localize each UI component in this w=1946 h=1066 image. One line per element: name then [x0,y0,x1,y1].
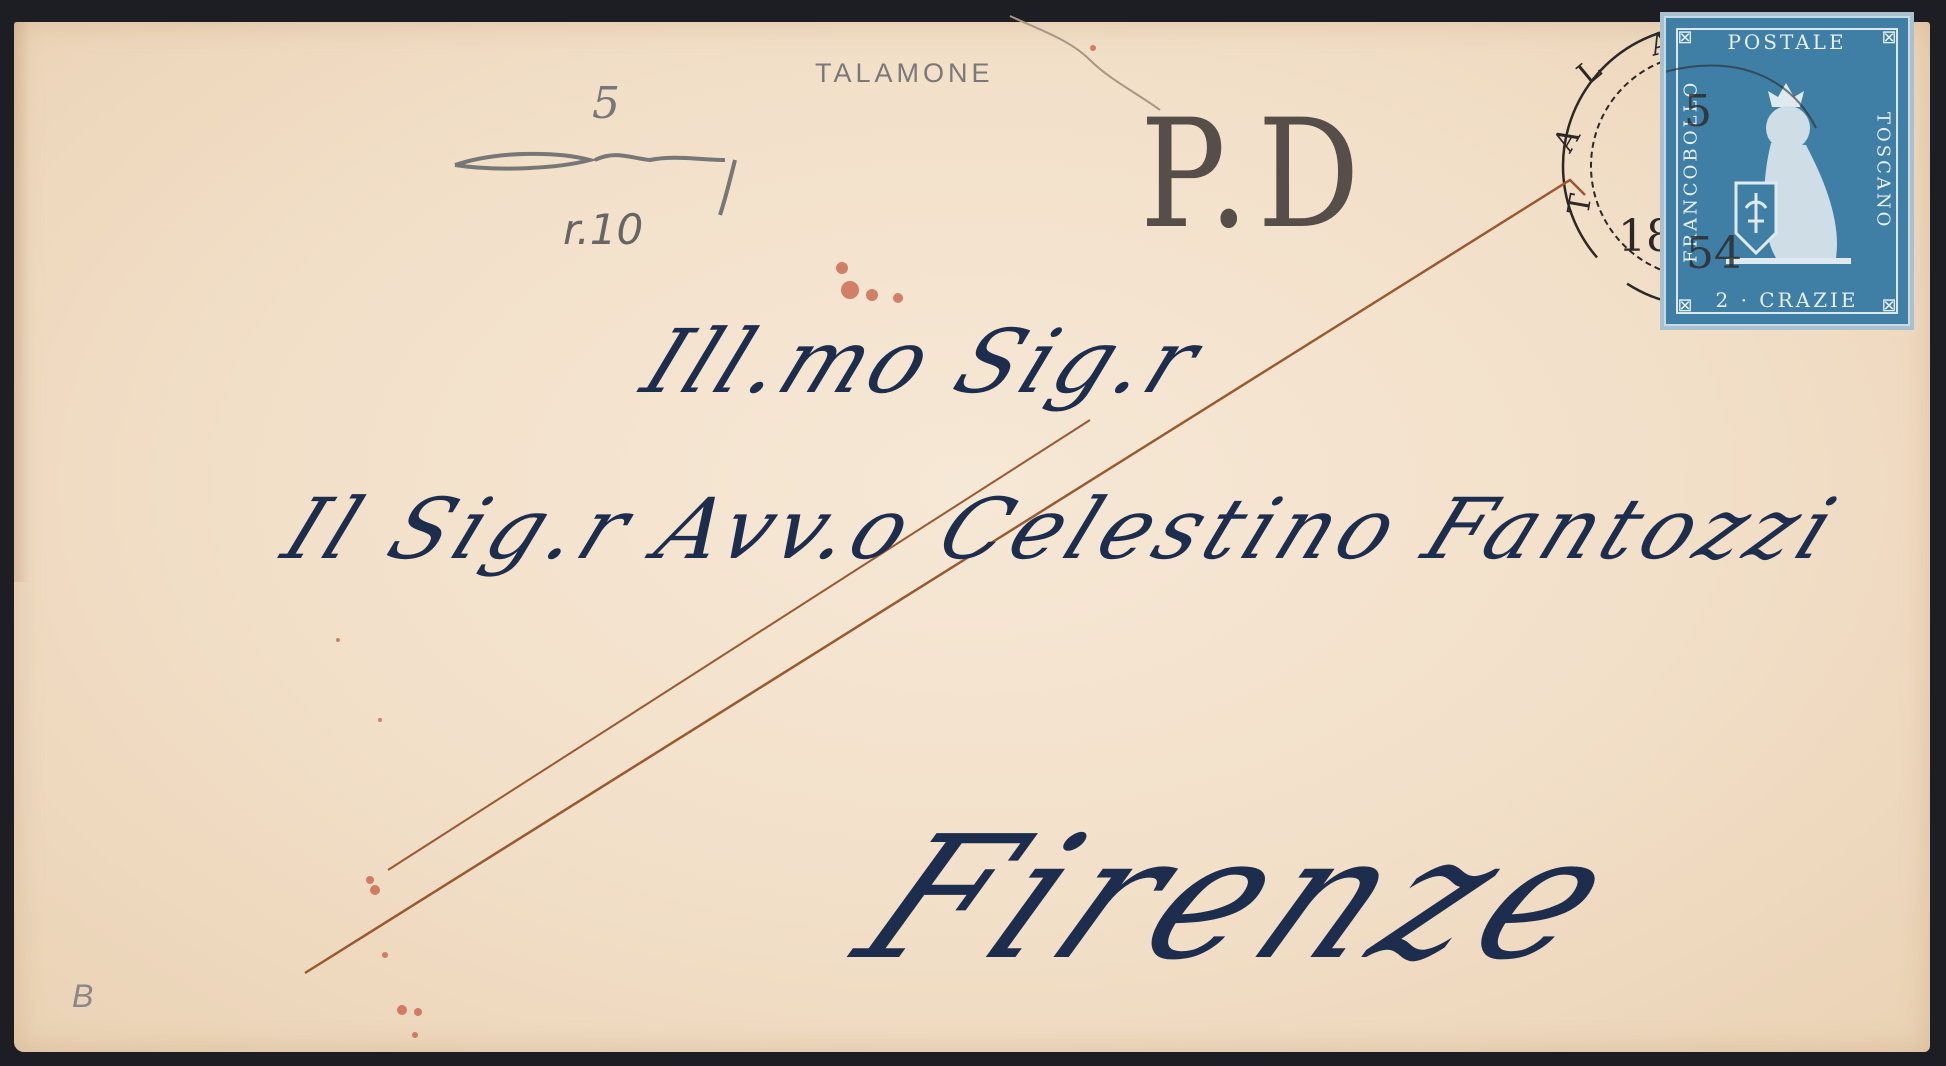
address-recipient: Il Sig.r Avv.o Celestino Fantozzi [270,480,1854,578]
address-salutation: Ill.mo Sig.r [629,310,1217,413]
address-city: Firenze [827,800,1656,998]
